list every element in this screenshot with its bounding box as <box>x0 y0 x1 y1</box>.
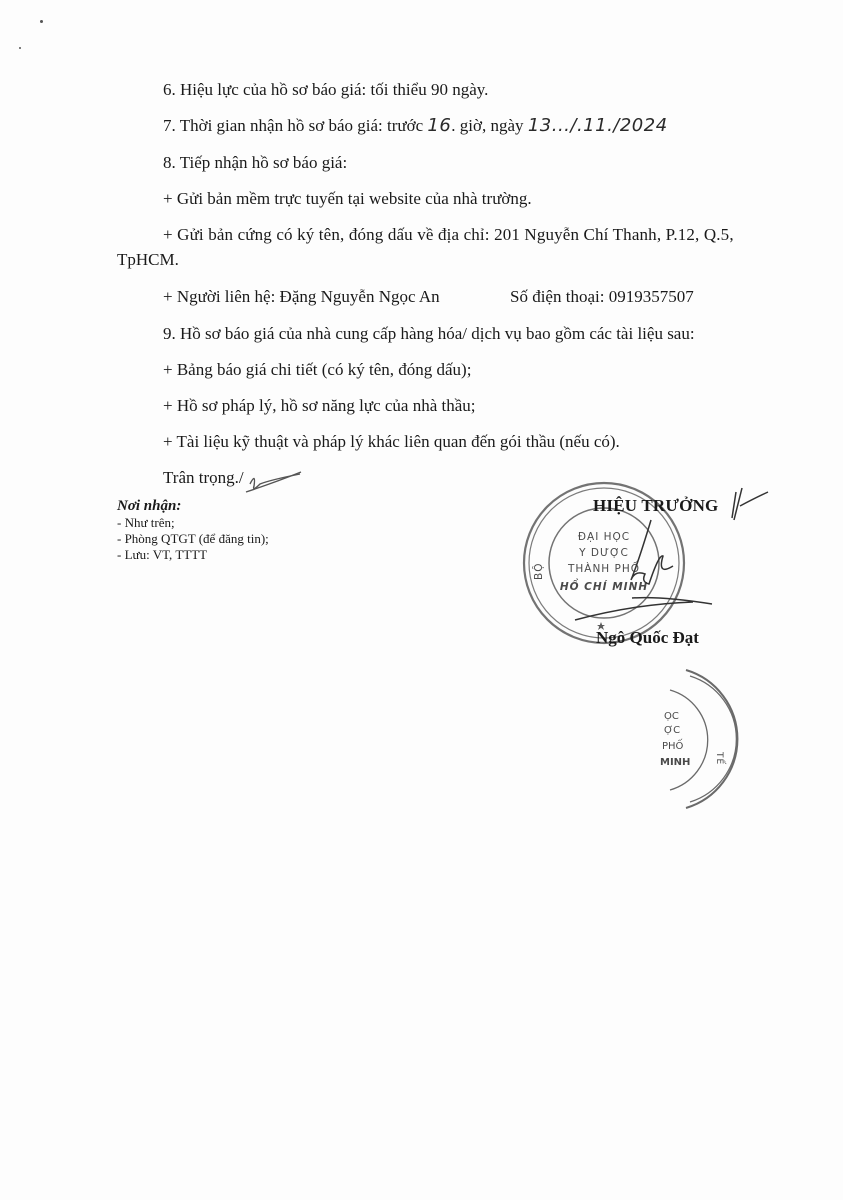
stamp-line: THÀNH PHỐ <box>567 561 640 575</box>
stamp-partial-line: PHỐ <box>662 738 684 752</box>
deadline-prefix: 7. Thời gian nhận hồ sơ báo giá: trước <box>163 116 427 135</box>
contact-name: + Người liên hệ: Đặng Nguyễn Ngọc An <box>163 287 440 306</box>
signatory-name: Ngô Quốc Đạt <box>596 628 699 648</box>
stamp-line: Y DƯỢC <box>578 547 629 559</box>
handwritten-hour: 16 <box>427 115 451 136</box>
initials-mark-icon <box>246 472 301 492</box>
recipients-block: Nơi nhận: - Như trên; - Phòng QTGT (để đ… <box>117 497 269 563</box>
stamp-line: ĐẠI HỌC <box>578 531 630 543</box>
dossier-legal: + Hồ sơ pháp lý, hồ sơ năng lực của nhà … <box>163 396 476 416</box>
scan-speck <box>19 47 21 49</box>
recipient-item: - Như trên; <box>117 515 269 531</box>
item-7-deadline: 7. Thời gian nhận hồ sơ báo giá: trước 1… <box>163 116 668 136</box>
scan-speck <box>40 20 43 23</box>
receipt-hard-copy-city: TpHCM. <box>117 250 179 270</box>
recipients-title: Nơi nhận: <box>117 497 269 515</box>
stamp-side-text: BỘ <box>532 563 545 580</box>
stamp-text: ĐẠI HỌC Y DƯỢC THÀNH PHỐ HỒ CHÍ MINH BỘ <box>532 531 648 593</box>
contact-phone: Số điện thoại: 0919357507 <box>510 287 694 307</box>
stamps-and-signatures: ĐẠI HỌC Y DƯỢC THÀNH PHỐ HỒ CHÍ MINH BỘ … <box>0 0 843 1200</box>
recipient-item: - Phòng QTGT (để đăng tin); <box>117 531 269 547</box>
dossier-quotation: + Bảng báo giá chi tiết (có ký tên, đóng… <box>163 360 471 380</box>
recipient-item: - Lưu: VT, TTTT <box>117 547 269 563</box>
partial-stamp-icon <box>670 670 737 808</box>
receipt-soft-copy: + Gửi bản mềm trực tuyến tại website của… <box>163 189 532 209</box>
item-6-validity: 6. Hiệu lực của hồ sơ báo giá: tối thiểu… <box>163 80 488 100</box>
handwritten-date: 13.../.11./2024 <box>528 115 668 136</box>
stamp-partial-line: ỢC <box>664 725 680 736</box>
contact-person: + Người liên hệ: Đặng Nguyễn Ngọc An <box>163 287 440 307</box>
item-9-dossier: 9. Hồ sơ báo giá của nhà cung cấp hàng h… <box>163 324 695 344</box>
document-page: 6. Hiệu lực của hồ sơ báo giá: tối thiểu… <box>0 0 843 1200</box>
deadline-middle: . giờ, ngày <box>451 116 528 135</box>
receipt-hard-copy: + Gửi bản cứng có ký tên, đóng dấu về đị… <box>163 225 734 245</box>
dossier-technical: + Tài liệu kỹ thuật và pháp lý khác liên… <box>163 432 620 452</box>
signature-title: HIỆU TRƯỞNG <box>593 496 718 516</box>
stamp-partial-line: ỌC <box>664 711 679 722</box>
partial-stamp-text: ỌC ỢC PHỐ MINH TẾ <box>660 711 726 768</box>
item-8-receipt: 8. Tiếp nhận hồ sơ báo giá: <box>163 153 347 173</box>
stamp-line: HỒ CHÍ MINH <box>560 578 648 593</box>
closing-regards: Trân trọng./ <box>163 468 244 488</box>
stamp-partial-side-text: TẾ <box>714 751 726 765</box>
stamp-partial-line: MINH <box>660 757 690 768</box>
